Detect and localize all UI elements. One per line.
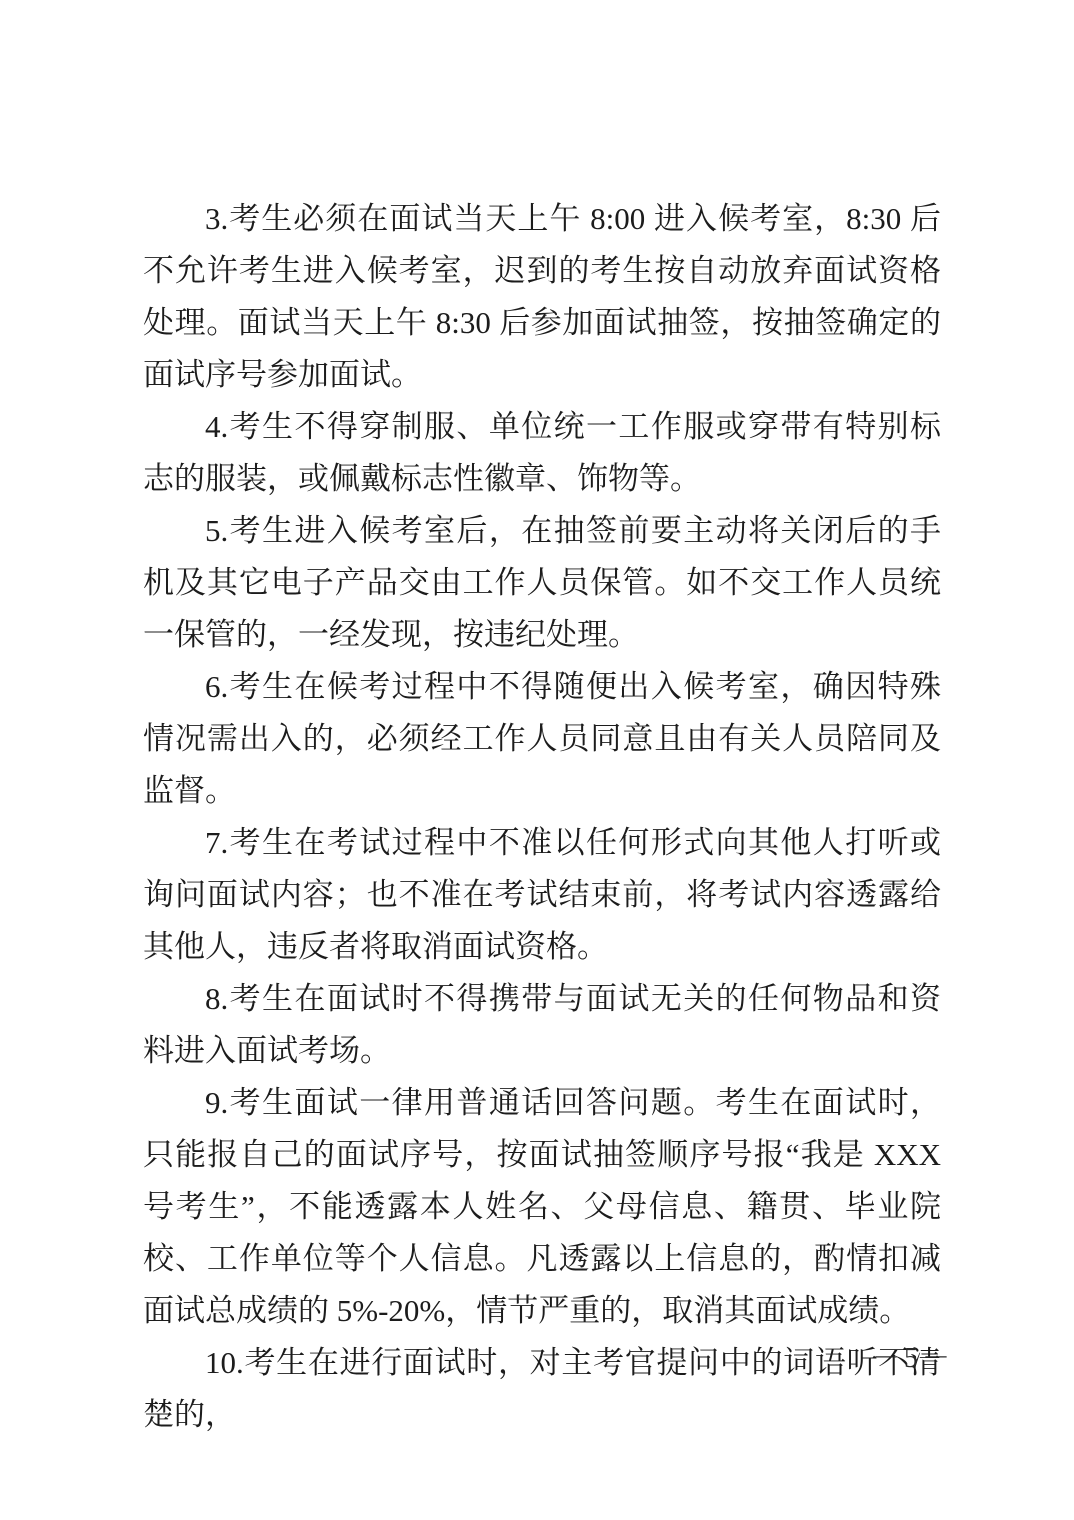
- paragraph-item-8: 8.考生在面试时不得携带与面试无关的任何物品和资料进入面试考场。: [143, 973, 941, 1077]
- paragraph-item-3: 3.考生必须在面试当天上午 8:00 进入候考室，8:30 后不允许考生进入候考…: [143, 193, 941, 401]
- paragraph-item-10: 10.考生在进行面试时，对主考官提问中的词语听不清楚的，: [143, 1337, 941, 1441]
- document-page: 3.考生必须在面试当天上午 8:00 进入候考室，8:30 后不允许考生进入候考…: [0, 0, 1074, 1520]
- paragraph-item-7: 7.考生在考试过程中不准以任何形式向其他人打听或询问面试内容；也不准在考试结束前…: [143, 817, 941, 973]
- paragraph-item-6: 6.考生在候考过程中不得随便出入候考室，确因特殊情况需出入的，必须经工作人员同意…: [143, 661, 941, 817]
- paragraph-item-5: 5.考生进入候考室后，在抽签前要主动将关闭后的手机及其它电子产品交由工作人员保管…: [143, 505, 941, 661]
- page-number: －5－: [872, 1336, 954, 1376]
- document-body: 3.考生必须在面试当天上午 8:00 进入候考室，8:30 后不允许考生进入候考…: [143, 193, 941, 1441]
- paragraph-item-4: 4.考生不得穿制服、单位统一工作服或穿带有特别标志的服装，或佩戴标志性徽章、饰物…: [143, 401, 941, 505]
- paragraph-item-9: 9.考生面试一律用普通话回答问题。考生在面试时，只能报自己的面试序号，按面试抽签…: [143, 1077, 941, 1337]
